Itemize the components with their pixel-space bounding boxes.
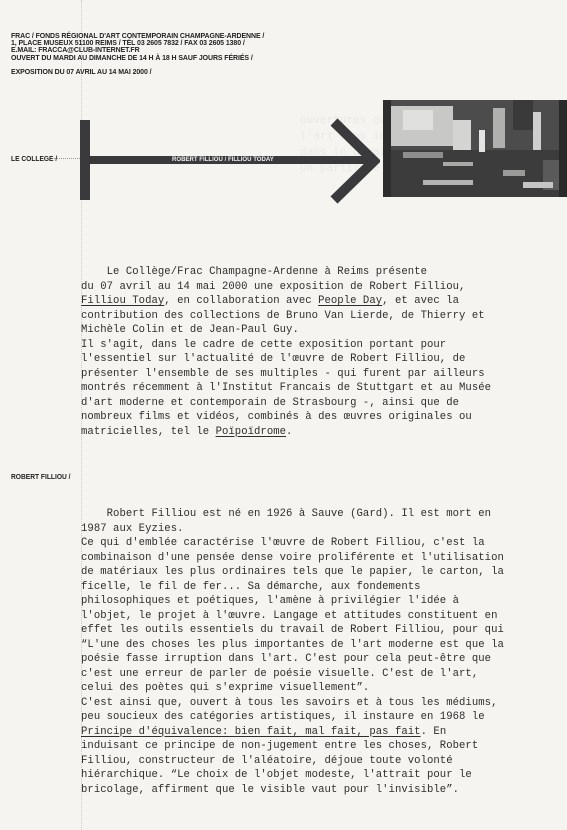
- dotted-leader: [54, 158, 82, 159]
- text-run: , et avec la: [382, 295, 459, 307]
- right-arrow-icon: [300, 116, 380, 206]
- underlined-title: Poïpoïdrome: [216, 426, 286, 438]
- text-line: contribution des collections de Bruno Va…: [81, 309, 551, 324]
- text-line: Principe d'équivalence: bien fait, mal f…: [81, 725, 551, 740]
- text-line: poésie fasse irruption dans l'art. C'est…: [81, 652, 551, 667]
- text-line: induisant ce principe de non-jugement en…: [81, 739, 551, 754]
- text-run: d'art moderne et contemporain de Strasbo…: [81, 397, 459, 409]
- underlined-title: Filliou Today: [81, 295, 164, 307]
- text-line: ficelle, le fil de fer... Sa démarche, a…: [81, 580, 551, 595]
- text-run: du 07 avril au 14 mai 2000 une expositio…: [81, 281, 465, 293]
- text-line: Filliou, constructeur de l'aléatoire, dé…: [81, 754, 551, 769]
- header-hours: OUVERT DU MARDI AU DIMANCHE DE 14 H À 18…: [11, 54, 264, 61]
- underlined-title: People Day: [318, 295, 382, 307]
- text-run: .: [286, 426, 292, 438]
- text-run: matricielles, tel le: [81, 426, 216, 438]
- text-line: Filliou Today, en collaboration avec Peo…: [81, 294, 551, 309]
- text-run: C'est ainsi que, ouvert à tous les savoi…: [81, 697, 497, 709]
- text-line: l'objet, le projet à l'œuvre. Langage et…: [81, 609, 551, 624]
- text-run: montrés récemment à l'Institut Francais …: [81, 382, 491, 394]
- text-line: “L'une des choses les plus importantes d…: [81, 638, 551, 653]
- text-run: poésie fasse irruption dans l'art. C'est…: [81, 653, 491, 665]
- biography-paragraph: Robert Filliou est né en 1926 à Sauve (G…: [81, 507, 551, 797]
- section-label-college: LE COLLEGE /: [11, 154, 57, 163]
- text-run: Robert Filliou est né en 1926 à Sauve (G…: [81, 508, 491, 520]
- text-run: , en collaboration avec: [164, 295, 318, 307]
- text-run: bricolage, affirment que le visible vaut…: [81, 784, 459, 796]
- text-line: nombreux films et vidéos, combinés à des…: [81, 410, 551, 425]
- text-line: présenter l'ensemble de ses multiples - …: [81, 367, 551, 382]
- text-line: effet les outils essentiels du travail d…: [81, 623, 551, 638]
- text-run: philosophiques et poétiques, l'amène à p…: [81, 595, 459, 607]
- section-label-filliou: ROBERT FILLIOU /: [11, 472, 70, 481]
- document-page: ouvertures que Robert Filliou désire que…: [0, 0, 567, 830]
- text-run: celui des poètes qui s'exprime visuellem…: [81, 682, 369, 694]
- text-line: d'art moderne et contemporain de Strasbo…: [81, 396, 551, 411]
- text-line: bricolage, affirment que le visible vaut…: [81, 783, 551, 798]
- text-line: montrés récemment à l'Institut Francais …: [81, 381, 551, 396]
- intro-paragraph: Le Collège/Frac Champagne-Ardenne à Reim…: [81, 265, 551, 439]
- text-line: Michèle Colin et de Jean-Paul Guy.: [81, 323, 551, 338]
- text-run: . En: [421, 726, 447, 738]
- text-run: contribution des collections de Bruno Va…: [81, 310, 485, 322]
- text-run: effet les outils essentiels du travail d…: [81, 624, 504, 636]
- text-run: combinaison d'une pensée dense voire pro…: [81, 552, 504, 564]
- text-line: matricielles, tel le Poïpoïdrome.: [81, 425, 551, 440]
- text-line: Il s'agit, dans le cadre de cette exposi…: [81, 338, 551, 353]
- text-run: Michèle Colin et de Jean-Paul Guy.: [81, 324, 299, 336]
- text-line: philosophiques et poétiques, l'amène à p…: [81, 594, 551, 609]
- exhibition-dates: EXPOSITION DU 07 AVRIL AU 14 MAI 2000 /: [11, 68, 264, 75]
- artwork-photo: [383, 100, 567, 197]
- text-line: 1987 aux Eyzies.: [81, 522, 551, 537]
- text-line: Le Collège/Frac Champagne-Ardenne à Reim…: [81, 265, 551, 280]
- exhibition-title: ROBERT FILLIOU / FILLIOU TODAY: [172, 156, 274, 164]
- text-run: 1987 aux Eyzies.: [81, 523, 184, 535]
- text-run: Il s'agit, dans le cadre de cette exposi…: [81, 339, 446, 351]
- text-run: l'essentiel sur l'actualité de l'œuvre d…: [81, 353, 465, 365]
- text-line: Robert Filliou est né en 1926 à Sauve (G…: [81, 507, 551, 522]
- text-run: Ce qui d'emblée caractérise l'œuvre de R…: [81, 537, 485, 549]
- text-line: de matériaux les plus ordinaires tels qu…: [81, 565, 551, 580]
- text-run: c'est une erreur de parler de poésie vis…: [81, 668, 478, 680]
- text-run: peu soucieux des catégories artistiques,…: [81, 711, 485, 723]
- text-run: l'objet, le projet à l'œuvre. Langage et…: [81, 610, 497, 622]
- text-run: Filliou, constructeur de l'aléatoire, dé…: [81, 755, 453, 767]
- text-line: du 07 avril au 14 mai 2000 une expositio…: [81, 280, 551, 295]
- text-run: ficelle, le fil de fer... Sa démarche, a…: [81, 581, 421, 593]
- text-run: nombreux films et vidéos, combinés à des…: [81, 411, 472, 423]
- text-line: c'est une erreur de parler de poésie vis…: [81, 667, 551, 682]
- text-run: “L'une des choses les plus importantes d…: [81, 639, 504, 651]
- text-line: celui des poètes qui s'exprime visuellem…: [81, 681, 551, 696]
- text-line: combinaison d'une pensée dense voire pro…: [81, 551, 551, 566]
- institution-header: FRAC / FONDS RÉGIONAL D'ART CONTEMPORAIN…: [11, 32, 264, 75]
- text-run: présenter l'ensemble de ses multiples - …: [81, 368, 485, 380]
- text-line: C'est ainsi que, ouvert à tous les savoi…: [81, 696, 551, 711]
- text-run: hiérarchique. “Le choix de l'objet modes…: [81, 769, 472, 781]
- text-run: Le Collège/Frac Champagne-Ardenne à Reim…: [81, 266, 427, 278]
- underlined-title: Principe d'équivalence: bien fait, mal f…: [81, 726, 421, 738]
- text-line: peu soucieux des catégories artistiques,…: [81, 710, 551, 725]
- text-run: induisant ce principe de non-jugement en…: [81, 740, 478, 752]
- text-line: Ce qui d'emblée caractérise l'œuvre de R…: [81, 536, 551, 551]
- text-run: de matériaux les plus ordinaires tels qu…: [81, 566, 504, 578]
- text-line: l'essentiel sur l'actualité de l'œuvre d…: [81, 352, 551, 367]
- text-line: hiérarchique. “Le choix de l'objet modes…: [81, 768, 551, 783]
